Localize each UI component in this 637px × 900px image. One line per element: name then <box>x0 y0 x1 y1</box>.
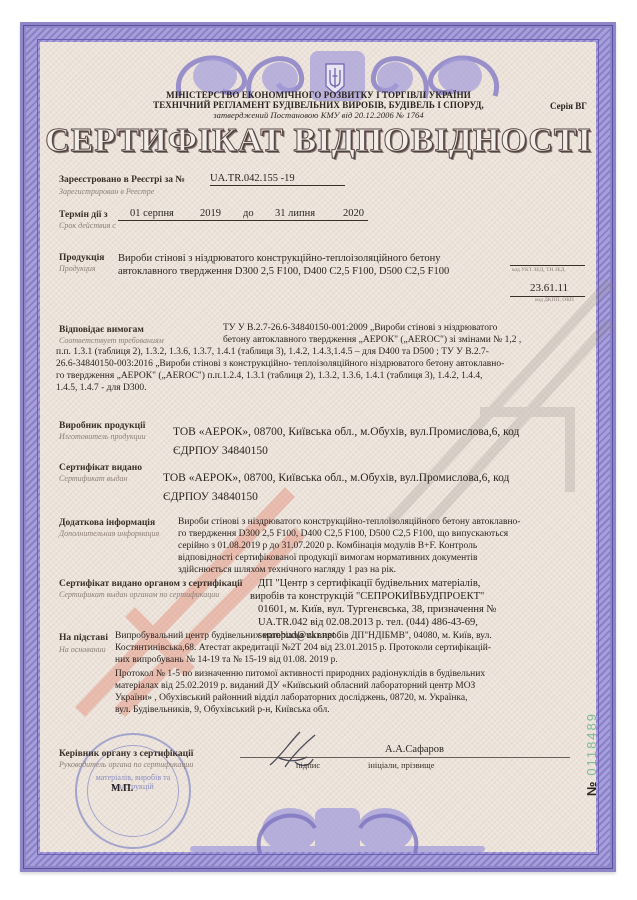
manufacturer-label: Виробник продукції <box>59 421 145 431</box>
registration-number-wrap: UA.TR.042.155 -19 <box>210 172 345 186</box>
additional-info-line-2: го твердження D300 2,5 F100, D400 C2,5 F… <box>178 529 508 541</box>
validity-label-ru: Срок действия с <box>59 221 116 230</box>
series-label: Серія ВГ <box>550 101 587 111</box>
serial-prefix: № <box>584 780 599 797</box>
requirements-line-5: го твердження „АЕРОК" („AEROC") п.п.1.2.… <box>56 371 483 383</box>
basis-line-6: України» , Обухівський районний відділ л… <box>115 693 468 705</box>
validity-to-word: до <box>243 207 254 220</box>
basis-label-ru: На основании <box>59 645 106 654</box>
basis-line-5: матеріалах від 25.02.2019 р. виданий ДУ … <box>115 681 475 693</box>
manufacturer-line-2: ЄДРПОУ 34840150 <box>173 445 268 458</box>
issuing-body-line-4: UA.TR.042 від 02.08.2013 р. тел. (044) 4… <box>258 616 478 629</box>
requirements-line-4: 26.6-34840150-003:2016 „Вироби стінові з… <box>56 359 504 371</box>
issued-to-label: Сертифікат видано <box>59 463 142 473</box>
validity-label: Термін дії з <box>59 210 108 220</box>
requirements-label: Відповідає вимогам <box>59 325 144 335</box>
stamp-place-mark: М.П. <box>111 783 133 794</box>
requirements-line-2: бетону автоклавного твердження „АЕРОК" (… <box>223 335 521 347</box>
certificate-title: СЕРТИФІКАТ ВІДПОВІДНОСТІ <box>0 122 637 160</box>
issued-to-line-1: ТОВ «АЕРОК», 08700, Київська обл., м.Обу… <box>163 472 509 485</box>
serial-number: №0118489 <box>584 712 599 796</box>
bottom-ornament-icon <box>190 798 485 858</box>
additional-info-line-3: серійно з 01.08.2019 р до 31.07.2020 р. … <box>178 541 477 553</box>
requirements-line-3: п.п. 1.3.1 (таблиця 2), 1.3.2, 1.3.6, 1.… <box>56 347 489 359</box>
code-top-label: код УКТ ЗЕД, ТН ЗЕД <box>512 267 565 273</box>
signatory-label: Керівник органу з сертифікації <box>59 749 193 759</box>
approval-heading: затверджений Постановою КМУ від 20.12.20… <box>0 110 637 120</box>
additional-info-line-4: відповідності сертифікованої продукції в… <box>178 553 477 565</box>
basis-label: На підставі <box>59 633 108 643</box>
product-code: 23.61.11 <box>530 282 568 295</box>
basis-line-7: вул. Будівельників, 9, Обухівський р-н, … <box>115 705 330 717</box>
ministry-heading: МІНІСТЕРСТВО ЕКОНОМІЧНОГО РОЗВИТКУ І ТОР… <box>0 90 637 100</box>
issuing-body-label: Сертифікат видано органом з сертифікації <box>59 579 242 589</box>
product-description: Вироби стінові з ніздрюватого конструкці… <box>118 252 478 278</box>
product-label-ru: Продукция <box>59 264 96 273</box>
issued-to-label-ru: Сертификат выдан <box>59 474 128 483</box>
product-label: Продукція <box>59 253 104 263</box>
registration-label-ru: Зарегистрирован в Реестре <box>59 187 154 196</box>
validity-to-day-month: 31 липня <box>275 207 315 220</box>
issuing-body-line-2: виробів та конструкцій "СЕПРОКИЇВБУДПРОЕ… <box>250 590 484 603</box>
manufacturer-label-ru: Изготовитель продукции <box>59 432 146 441</box>
code-top-line <box>510 265 585 266</box>
requirements-line-1: ТУ У В.2.7-26.6-34840150-001:2009 „Вироб… <box>223 323 497 335</box>
requirements-label-ru: Соответствует требованиям <box>59 336 164 345</box>
regulation-heading: ТЕХНІЧНИЙ РЕГЛАМЕНТ БУДІВЕЛЬНИХ ВИРОБІВ,… <box>0 100 637 110</box>
validity-from-year: 2019 <box>200 207 221 220</box>
basis-line-1: Випробувальний центр будівельних матеріа… <box>115 631 492 643</box>
serial-value: 0118489 <box>584 712 599 776</box>
additional-info-label: Додаткова інформація <box>59 518 155 528</box>
signature-caption: підпис <box>296 760 320 770</box>
basis-line-4: Протокол № 1-5 по визначенню питомої акт… <box>115 669 485 681</box>
issuing-body-label-ru: Сертификат выдан органом по сертификации <box>59 590 219 599</box>
issuing-body-line-1: ДП "Центр з сертифікації будівельних мат… <box>258 577 480 590</box>
additional-info-line-1: Вироби стінові з ніздрюватого конструкці… <box>178 517 520 529</box>
issuing-body-line-3: 01601, м. Київ, вул. Тургенєвська, 38, п… <box>258 603 496 616</box>
watermark-logo-gray-icon <box>370 262 630 542</box>
registration-number: UA.TR.042.155 -19 <box>210 172 345 186</box>
basis-line-3: них випробувань № 14-19 та № 15-19 від 0… <box>115 655 338 667</box>
basis-line-2: Костянтинівська,68. Атестат акредитації … <box>115 643 491 655</box>
validity-to-year: 2020 <box>343 207 364 220</box>
signatory-label-ru: Руководитель органа по сертификации <box>59 760 193 769</box>
validity-from-day-month: 01 серпня <box>130 207 174 220</box>
requirements-line-6: 1.4.5, 1.4.7 - для D300. <box>56 383 146 395</box>
registration-label: Зареєстровано в Реєстрі за № <box>59 175 185 185</box>
additional-info-line-5: здійснюється шляхом технічного нагляду 1… <box>178 565 396 577</box>
signatory-name: А.А.Сафаров <box>385 743 444 756</box>
issued-to-line-2: ЄДРПОУ 34840150 <box>163 491 258 504</box>
validity-line: 01 серпня 2019 до 31 липня 2020 <box>118 207 368 221</box>
additional-info-label-ru: Дополнительная информация <box>59 529 159 538</box>
manufacturer-line-1: ТОВ «АЕРОК», 08700, Київська обл., м.Обу… <box>173 426 519 439</box>
signatory-name-caption: ініціали, прізвище <box>368 760 434 770</box>
code-bottom-label: код ДКПП, ОКП <box>535 297 574 303</box>
